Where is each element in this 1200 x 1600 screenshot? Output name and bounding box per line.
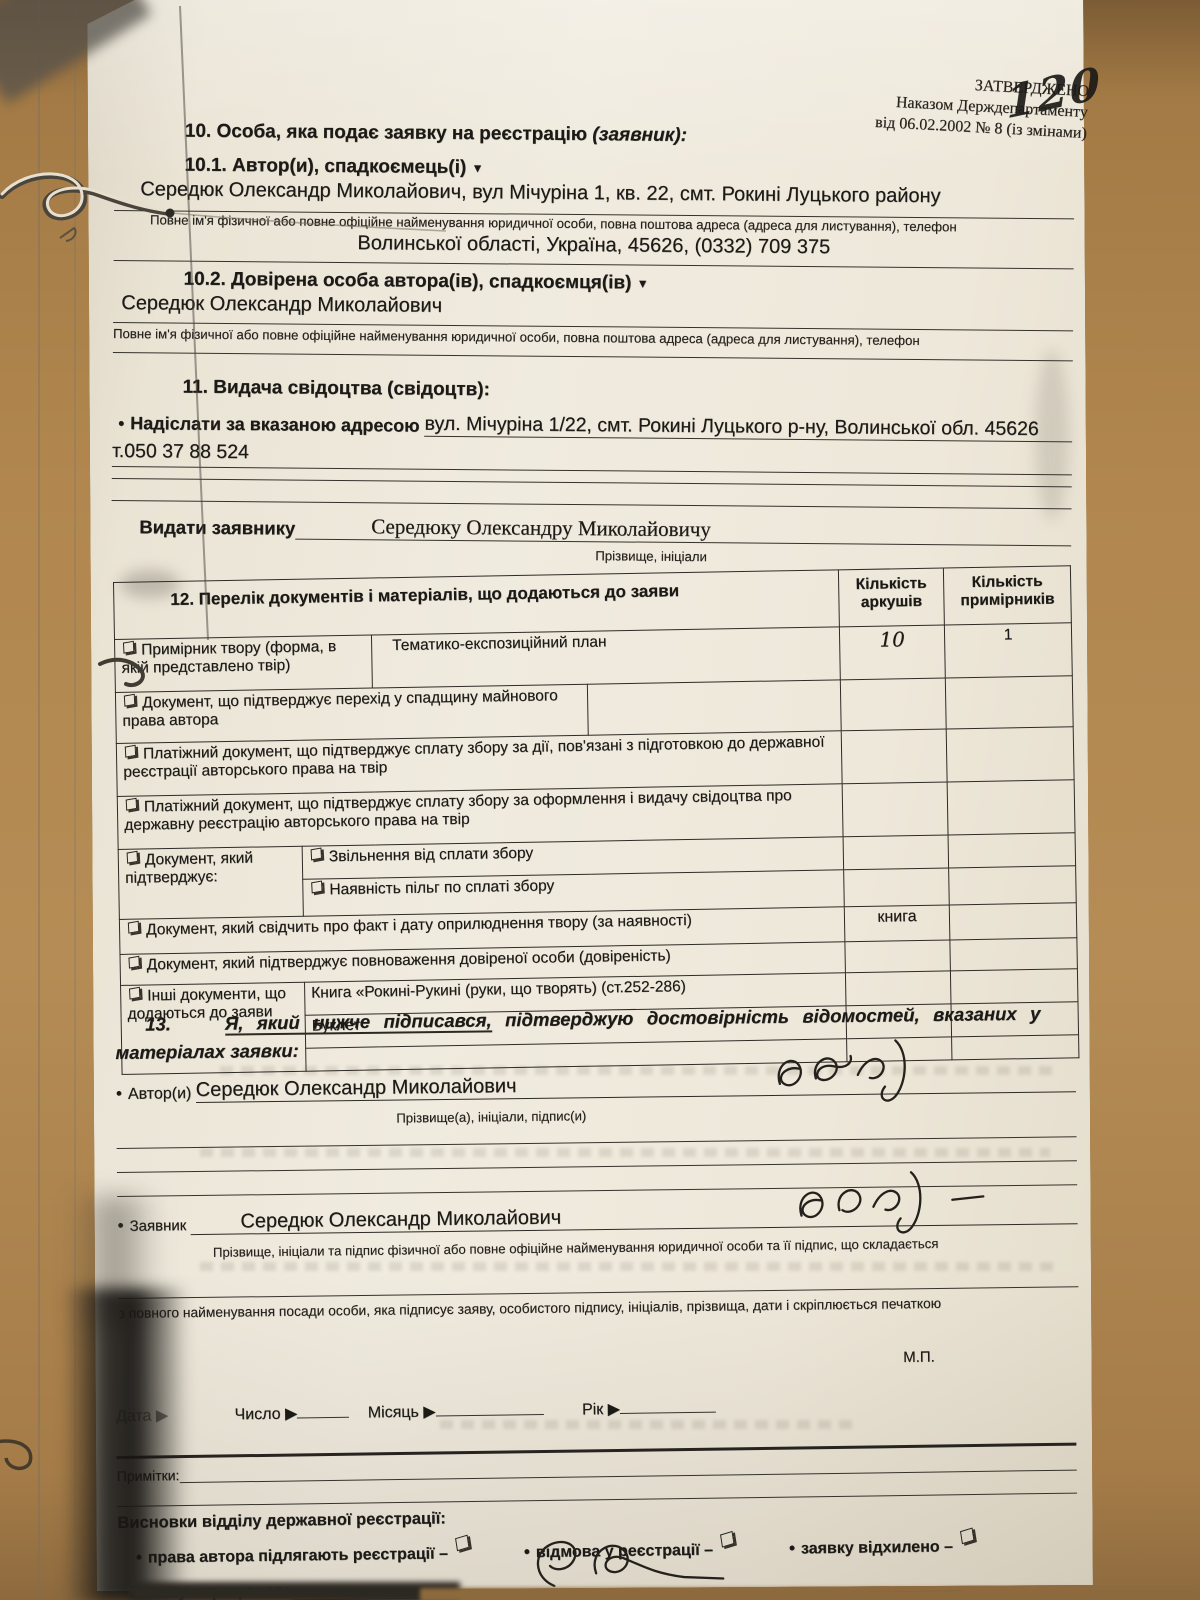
table-cell-empty [950,938,1078,971]
checkbox-icon [129,987,140,1000]
section-12-documents-table: 12. Перелік документів і матеріалів, що … [113,565,1079,1075]
arrow-right-icon: ▶ [608,1401,621,1418]
author-label: •Автор(и) [116,1083,196,1104]
month-field [436,1414,544,1417]
year-field [620,1412,716,1414]
form-footer: М.П. Дата ▶ Число ▶ Місяць ▶ Рік ▶ Примі… [115,1339,1078,1600]
binding-shadow [64,1288,188,1600]
form-line [118,1270,1078,1299]
section-10-11: 10. Особа, яка подає заявку на реєстраці… [111,108,1075,586]
month-label: Місяць ▶ [368,1404,436,1422]
row1-label-cell: Примірник твору (форма, в якій представл… [115,635,373,692]
checkbox-icon [126,798,137,811]
checkbox-icon [124,694,135,707]
issue-to-applicant-row: Видати заявнику Середюку Олександру Мико… [111,512,1071,546]
column-header-sheets: Кількість аркушів [838,568,944,627]
send-label: •Надіслати за вказаною адресою [118,413,424,437]
section-11-title: 11. Видача свідоцтва (свідоцтв): [182,377,1072,407]
table-cell-empty [950,969,1078,1004]
bullet-icon: • [789,1539,795,1558]
table-cell-empty [840,678,946,731]
table-cell-empty [845,940,951,973]
row1-sheets-cell: 10 [839,625,945,680]
column-header-copies: Кількість примірників [943,566,1071,625]
author-signature [765,1032,956,1108]
page-edge-line [38,0,40,1600]
field-10-2-value: Середюк Олександр Миколайович [113,292,1073,331]
table-cell-empty [949,866,1077,905]
arrow-right-icon: ▶ [423,1404,436,1421]
table-cell-empty [947,780,1075,835]
table-cell-empty [841,729,947,784]
table-cell-empty [844,868,950,907]
applicant-signature [787,1165,1018,1238]
table-cell-empty [843,835,949,870]
bullet-icon: • [116,1084,122,1103]
arrow-right-icon: ▶ [285,1405,298,1422]
checkbox-icon [960,1528,974,1545]
bullet-icon: • [118,414,124,433]
row5-label-cell: Документ, який підтверджує: [118,846,303,919]
table-cell-empty [949,903,1077,940]
table-cell-empty [845,971,951,1006]
day-field [297,1417,349,1419]
checkbox-icon [128,921,139,934]
issue-caption: Прізвище, ініціали [111,544,1071,567]
photo-of-paper-form: ЗАТВЕРДЖЕНО Наказом Держдепартаменту від… [0,0,1200,1600]
applicant-caption: Прізвище, ініціали та підпис фізичної аб… [213,1234,1078,1260]
triangle-down-icon: ▼ [637,277,649,291]
row1-value-cell: Тематико-експозиційний план [371,627,840,688]
table-cell-empty [587,680,841,735]
row2-label-cell: Документ, що підтверджує перехід у спадщ… [115,684,588,743]
checkbox-icon [125,745,136,758]
bottom-page-edge-shadow [130,1582,460,1600]
year-label: Рік ▶ [582,1401,620,1419]
section-10-title: 10. Особа, яка подає заявку на реєстраці… [185,121,1075,151]
table-cell-empty [948,833,1076,868]
issue-label: Видати заявнику [111,516,295,540]
triangle-down-icon: ▼ [472,161,484,175]
checkbox-icon [311,880,322,893]
date-row: Дата ▶ Число ▶ Місяць ▶ Рік ▶ [116,1393,1076,1426]
issue-value: Середюку Олександру Миколайовичу [295,514,1071,547]
option-reject: •заявку відхилено – [789,1536,983,1559]
row1-copies-cell: 1 [944,623,1072,678]
checkbox-icon [128,956,139,969]
stamp-place-label: М.П. [903,1347,1075,1366]
table-cell-empty [945,676,1073,729]
desk-surface-sliver [420,1588,1200,1600]
checkbox-icon [455,1535,469,1552]
day-label: Число ▶ [234,1405,297,1423]
table-cell-empty [842,782,948,837]
checkbox-icon [311,848,322,861]
send-value: вул. Мічуріна 1/22, смт. Рокині Луцького… [424,413,1072,443]
field-10-1-value2: Волинської області, Україна, 45626, (033… [114,230,1074,269]
section-13-signatures: 13. Я, який нижче підписався, підтверджу… [115,1002,1079,1344]
checkbox-icon [127,851,138,864]
table-cell-empty [946,727,1074,782]
row6-sheets-cell: книга [844,905,950,942]
conclusions-title: Висновки відділу державної реєстрації: [117,1501,1077,1533]
applicant-caption2: з повного найменування посади особи, яка… [119,1294,1079,1321]
send-to-address-row: •Надіслати за вказаною адресою вул. Мічу… [118,410,1072,442]
checkbox-icon [123,641,134,654]
documents-table: 12. Перелік документів і матеріалів, що … [113,565,1079,1075]
